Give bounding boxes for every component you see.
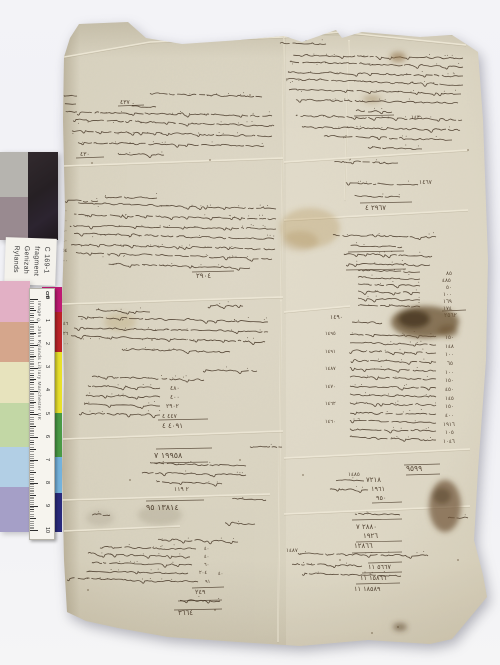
script-dot <box>387 411 388 412</box>
script-dot <box>172 113 173 114</box>
script-dot <box>124 329 125 330</box>
script-dot <box>422 71 423 72</box>
ledger-numeral: ١٣٨١٤ ٩٥ <box>146 503 179 512</box>
ledger-numeral: ١٩٩٥٨ ٧ <box>154 451 183 460</box>
grey-column <box>0 152 28 240</box>
speck <box>151 339 153 341</box>
ledger-numeral: ١٤٩٠ <box>330 314 343 321</box>
script-dot <box>408 181 409 182</box>
script-dot <box>365 392 366 393</box>
ruler-tick-half <box>30 426 36 427</box>
script-dot <box>156 480 157 481</box>
script-dot <box>226 366 227 367</box>
script-dot <box>201 264 202 265</box>
ruler-number: 3 <box>44 365 50 368</box>
script-dot <box>100 235 101 236</box>
script-dot <box>303 62 304 63</box>
script-dot <box>109 255 110 256</box>
script-dot <box>392 281 393 282</box>
script-dot <box>361 384 362 385</box>
ruler-number: 1 <box>44 319 50 322</box>
script-dot <box>396 436 397 437</box>
script-dot <box>82 142 83 143</box>
script-dot <box>380 100 381 101</box>
script-dot <box>126 348 127 349</box>
script-dot <box>369 63 370 64</box>
stain <box>398 310 430 328</box>
script-dot <box>98 206 99 207</box>
script-dot <box>187 339 188 340</box>
script-dot <box>445 55 446 56</box>
script-dot <box>368 304 369 305</box>
script-dot <box>113 122 114 123</box>
script-dot <box>174 123 175 124</box>
script-dot <box>103 256 104 257</box>
script-dot <box>365 572 366 573</box>
script-dot <box>343 137 344 138</box>
script-dot <box>263 206 264 207</box>
script-dot <box>90 411 91 412</box>
script-dot <box>367 375 368 376</box>
grey-patch-block <box>0 152 58 240</box>
script-dot <box>130 142 131 143</box>
ledger-numeral: ١٤٩١ <box>325 349 336 355</box>
script-dot <box>221 121 222 122</box>
script-dot <box>200 205 201 206</box>
script-dot <box>338 127 339 128</box>
script-dot <box>253 225 254 226</box>
ruler-tick-cm <box>30 322 38 323</box>
script-dot <box>84 403 85 404</box>
script-dot <box>234 216 235 217</box>
stain <box>282 231 318 251</box>
manuscript-svg: ٤٣٧٤٣٠٥٠٤٠٩٠٤٠٥٤١٠٠٢٩٠٤٤٦٢٦١٠٠٤٨٠٤٠٠٢٩٠٢… <box>0 0 500 665</box>
script-dot <box>99 338 100 339</box>
ledger-numeral: ١٤٩٥ <box>325 331 336 337</box>
script-dot <box>363 55 364 56</box>
script-dot <box>273 236 274 237</box>
script-dot <box>267 205 268 206</box>
script-dot <box>87 578 88 579</box>
script-dot <box>408 274 409 275</box>
script-dot <box>154 401 155 402</box>
script-dot <box>148 402 149 403</box>
ruler-number: 6 <box>44 435 50 438</box>
script-dot <box>423 359 424 360</box>
script-dot <box>183 377 184 378</box>
script-dot <box>150 384 151 385</box>
script-dot <box>119 561 120 562</box>
ledger-numeral: ١٢٨٦٦ <box>354 542 373 550</box>
script-dot <box>286 80 287 81</box>
ledger-numeral: ١٠٥ <box>445 430 454 436</box>
script-dot <box>92 236 93 237</box>
script-dot <box>116 263 117 264</box>
script-dot <box>433 82 434 83</box>
script-dot <box>242 497 243 498</box>
script-dot <box>386 359 387 360</box>
script-dot <box>290 82 291 83</box>
script-dot <box>243 92 244 93</box>
script-dot <box>395 402 396 403</box>
script-dot <box>322 39 323 40</box>
script-dot <box>376 296 377 297</box>
script-dot <box>185 471 186 472</box>
script-dot <box>428 427 429 428</box>
script-dot <box>160 225 161 226</box>
script-dot <box>453 73 454 74</box>
catalog-label-line: C 169-1 <box>40 247 51 277</box>
script-dot <box>399 194 400 195</box>
ruler-number: 8 <box>44 481 50 484</box>
script-dot <box>118 394 119 395</box>
script-dot <box>247 256 248 257</box>
script-dot <box>163 461 164 462</box>
script-dot <box>318 572 319 573</box>
script-dot <box>107 337 108 338</box>
script-dot <box>346 563 347 564</box>
script-dot <box>238 122 239 123</box>
catalog-label-text: RylandsGenizahfragmentC 169-1 <box>10 246 52 277</box>
script-dot <box>98 308 99 309</box>
script-dot <box>418 145 419 146</box>
script-dot <box>162 545 163 546</box>
script-dot <box>141 122 142 123</box>
script-dot <box>138 132 139 133</box>
script-dot <box>115 141 116 142</box>
script-dot <box>102 411 103 412</box>
script-dot <box>292 63 293 64</box>
ledger-numeral: ٢٨٨٠ ٧ <box>356 523 377 531</box>
ruler-number: 10 <box>44 527 50 533</box>
ruler-tick-cm <box>30 483 38 484</box>
script-dot <box>368 512 369 513</box>
script-dot <box>419 252 420 253</box>
script-dot <box>116 143 117 144</box>
script-dot <box>429 54 430 55</box>
script-dot <box>422 349 423 350</box>
ruler-tick-cm <box>30 391 38 392</box>
speck <box>302 474 304 476</box>
script-dot <box>125 385 126 386</box>
script-dot <box>374 262 375 263</box>
speck <box>249 94 251 96</box>
ledger-numeral: ٢٤٩ <box>195 588 206 596</box>
ruler-number: 9 <box>44 504 50 507</box>
ledger-numeral: ٢٩٠٢ <box>166 403 179 410</box>
script-dot <box>161 152 162 153</box>
script-dot <box>180 111 181 112</box>
script-dot <box>90 338 91 339</box>
script-dot <box>98 511 99 512</box>
ruler-tick-half <box>30 356 36 357</box>
script-dot <box>160 546 161 547</box>
script-dot <box>288 72 289 73</box>
script-dot <box>182 245 183 246</box>
script-dot <box>247 368 248 369</box>
ledger-numeral: ٧٢١٨ <box>366 476 381 484</box>
script-dot <box>401 428 402 429</box>
script-dot <box>204 113 205 114</box>
script-dot <box>216 93 217 94</box>
script-dot <box>173 348 174 349</box>
script-dot <box>417 342 418 343</box>
script-dot <box>105 235 106 236</box>
ruler-number: 0 <box>44 296 50 299</box>
script-dot <box>125 328 126 329</box>
script-dot <box>409 410 410 411</box>
ruler: Image © John Rylands Library Manchester … <box>29 288 55 540</box>
script-dot <box>252 121 253 122</box>
script-dot <box>300 553 301 554</box>
script-dot <box>247 337 248 338</box>
script-dot <box>449 126 450 127</box>
script-dot <box>415 420 416 421</box>
script-dot <box>359 419 360 420</box>
script-dot <box>429 234 430 235</box>
ledger-numeral: ١٤٨٥ <box>348 472 360 478</box>
script-dot <box>239 472 240 473</box>
script-dot <box>465 514 466 515</box>
script-dot <box>206 254 207 255</box>
script-dot <box>416 289 417 290</box>
script-dot <box>218 264 219 265</box>
ruler-tick-cm <box>30 345 38 346</box>
script-dot <box>119 225 120 226</box>
script-dot <box>421 409 422 410</box>
script-dot <box>406 73 407 74</box>
script-dot <box>230 215 231 216</box>
script-dot <box>107 578 108 579</box>
script-dot <box>139 236 140 237</box>
speck <box>457 559 459 561</box>
catalog-label: RylandsGenizahfragmentC 169-1 <box>4 237 57 286</box>
script-dot <box>82 319 83 320</box>
ruler-scale: cm 012345678910 <box>30 289 54 539</box>
script-dot <box>391 437 392 438</box>
script-dot <box>455 90 456 91</box>
calibration-patch-light-grey <box>0 152 28 197</box>
script-dot <box>161 133 162 134</box>
script-dot <box>379 233 380 234</box>
stain <box>438 325 458 337</box>
script-dot <box>166 205 167 206</box>
script-dot <box>402 135 403 136</box>
script-dot <box>366 181 367 182</box>
calibration-patch-tan <box>0 322 30 362</box>
script-dot <box>193 339 194 340</box>
script-dot <box>372 146 373 147</box>
script-dot <box>155 329 156 330</box>
script-dot <box>452 55 453 56</box>
ledger-numeral: ٩٥٠ <box>376 494 386 502</box>
script-dot <box>221 538 222 539</box>
script-dot <box>251 224 252 225</box>
script-dot <box>162 539 163 540</box>
script-dot <box>262 215 263 216</box>
script-dot <box>247 121 248 122</box>
script-dot <box>141 225 142 226</box>
script-dot <box>123 394 124 395</box>
script-dot <box>454 73 455 74</box>
script-dot <box>404 269 405 270</box>
script-dot <box>120 244 121 245</box>
script-dot <box>83 339 84 340</box>
script-dot <box>87 216 88 217</box>
speck <box>467 149 469 151</box>
script-dot <box>397 401 398 402</box>
stain <box>86 510 114 526</box>
script-dot <box>167 329 168 330</box>
script-dot <box>364 244 365 245</box>
script-dot <box>229 256 230 257</box>
script-dot <box>248 215 249 216</box>
script-dot <box>101 552 102 553</box>
script-dot <box>161 375 162 376</box>
script-dot <box>217 482 218 483</box>
script-dot <box>310 71 311 72</box>
script-dot <box>118 384 119 385</box>
ledger-numeral: ١٠٠ <box>445 352 454 358</box>
script-dot <box>128 132 129 133</box>
script-dot <box>262 143 263 144</box>
script-dot <box>237 472 238 473</box>
speck <box>214 609 216 611</box>
script-dot <box>377 290 378 291</box>
script-dot <box>400 349 401 350</box>
script-dot <box>307 54 308 55</box>
script-dot <box>118 133 119 134</box>
script-dot <box>145 347 146 348</box>
script-dot <box>242 226 243 227</box>
script-dot <box>447 55 448 56</box>
calibration-patch-light-blue <box>0 447 30 487</box>
script-dot <box>402 260 403 261</box>
ledger-numeral: ١٤٧٠ <box>325 384 336 390</box>
script-dot <box>360 126 361 127</box>
script-dot <box>362 487 363 488</box>
script-dot <box>267 235 268 236</box>
script-dot <box>111 393 112 394</box>
ledger-numeral: ١٠٤٦ <box>443 439 455 445</box>
script-dot <box>142 339 143 340</box>
script-dot <box>426 428 427 429</box>
script-dot <box>376 90 377 91</box>
script-dot <box>121 111 122 112</box>
script-dot <box>404 385 405 386</box>
script-dot <box>234 319 235 320</box>
script-dot <box>240 94 241 95</box>
script-dot <box>190 461 191 462</box>
ruler-tick-cm <box>30 506 38 507</box>
ledger-numeral: ٢ ١١٩ <box>174 486 189 493</box>
catalog-label-line: fragment <box>30 246 41 276</box>
script-dot <box>351 117 352 118</box>
script-dot <box>207 205 208 206</box>
script-dot <box>436 63 437 64</box>
speck <box>397 626 399 628</box>
script-dot <box>161 578 162 579</box>
script-dot <box>126 113 127 114</box>
ruler-tick-cm <box>30 437 38 438</box>
script-dot <box>323 116 324 117</box>
script-dot <box>115 327 116 328</box>
script-dot <box>228 93 229 94</box>
stain <box>433 488 451 504</box>
script-dot <box>133 245 134 246</box>
script-dot <box>121 309 122 310</box>
ruler-tick-half <box>30 472 36 473</box>
ledger-numeral: ٢٩٠٤ <box>196 272 211 280</box>
ledger-numeral: ٤٥٠ <box>445 387 454 393</box>
ledger-numeral: ٤٨٠ <box>170 385 180 392</box>
calibration-patch-grey-mauve <box>0 197 28 240</box>
script-dot <box>148 377 149 378</box>
ledger-numeral: ١٤٨٧ <box>325 366 336 372</box>
script-dot <box>158 569 159 570</box>
script-dot <box>229 215 230 216</box>
script-dot <box>150 245 151 246</box>
script-dot <box>178 463 179 464</box>
script-dot <box>172 377 173 378</box>
script-dot <box>388 117 389 118</box>
script-dot <box>380 283 381 284</box>
ruler-tick-cm <box>30 530 38 531</box>
script-dot <box>412 82 413 83</box>
script-dot <box>348 100 349 101</box>
script-dot <box>308 72 309 73</box>
script-dot <box>129 544 130 545</box>
script-dot <box>171 579 172 580</box>
script-dot <box>242 472 243 473</box>
script-dot <box>423 551 424 552</box>
script-dot <box>85 216 86 217</box>
script-dot <box>253 113 254 114</box>
stain <box>390 52 406 62</box>
script-dot <box>384 571 385 572</box>
script-dot <box>148 410 149 411</box>
script-dot <box>143 553 144 554</box>
script-dot <box>408 436 409 437</box>
script-dot <box>89 571 90 572</box>
script-dot <box>208 481 209 482</box>
ledger-numeral: ٤٠ <box>204 546 209 552</box>
script-dot <box>105 195 106 196</box>
script-dot <box>151 569 152 570</box>
speck <box>87 589 89 591</box>
script-dot <box>305 551 306 552</box>
script-dot <box>366 350 367 351</box>
speck <box>371 632 373 634</box>
script-dot <box>269 111 270 112</box>
script-dot <box>187 328 188 329</box>
script-dot <box>259 215 260 216</box>
script-dot <box>266 317 267 318</box>
ledger-numeral: ٥٦٦٧ ١١ <box>368 563 392 571</box>
script-dot <box>344 99 345 100</box>
script-dot <box>424 81 425 82</box>
script-dot <box>458 63 459 64</box>
script-dot <box>113 113 114 114</box>
script-dot <box>175 375 176 376</box>
script-dot <box>409 99 410 100</box>
script-dot <box>129 237 130 238</box>
ledger-numeral: ٨٥ <box>446 271 452 277</box>
script-dot <box>169 225 170 226</box>
script-dot <box>382 116 383 117</box>
script-dot <box>325 62 326 63</box>
script-dot <box>292 81 293 82</box>
